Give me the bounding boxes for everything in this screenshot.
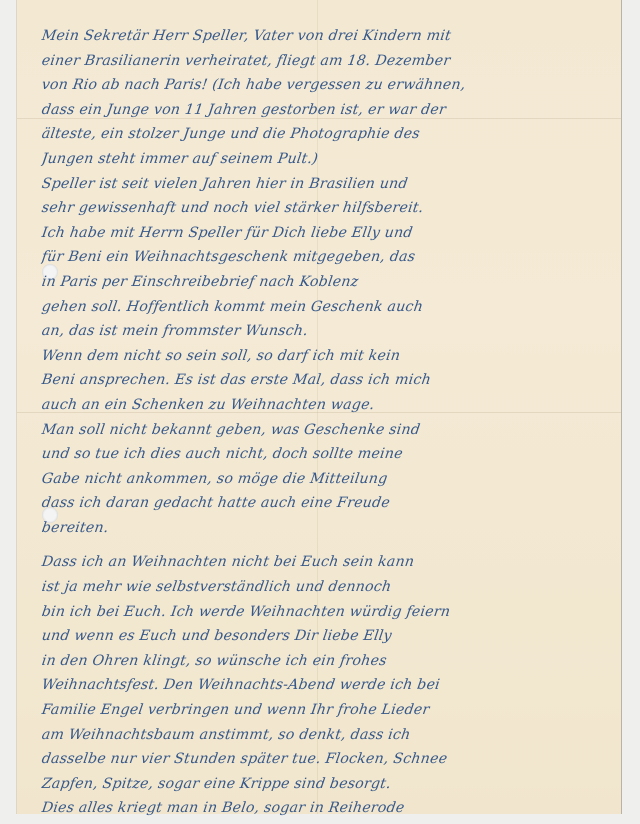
letter-line: Jungen steht immer auf seinem Pult.) [40,147,603,172]
letter-line: Zapfen, Spitze, sogar eine Krippe sind b… [40,772,603,797]
letter-line: bereiten. [40,516,603,541]
letter-line: Weihnachtsfest. Den Weihnachts-Abend wer… [40,673,603,698]
handwritten-letter-body: Mein Sekretär Herr Speller, Vater von dr… [40,24,600,821]
letter-line: von Rio ab nach Paris! (Ich habe vergess… [40,73,603,98]
letter-line: Mein Sekretär Herr Speller, Vater von dr… [40,24,603,49]
letter-line: älteste, ein stolzer Junge und die Photo… [40,122,603,147]
letter-line: Man soll nicht bekannt geben, was Gesche… [40,418,603,443]
letter-line: Wenn dem nicht so sein soll, so darf ich… [40,344,603,369]
letter-line: in den Ohren klingt, so wünsche ich ein … [40,649,603,674]
letter-line: dass ein Junge von 11 Jahren gestorben i… [40,98,603,123]
letter-line: und so tue ich dies auch nicht, doch sol… [40,442,603,467]
letter-line: am Weihnachtsbaum anstimmt, so denkt, da… [40,723,603,748]
letter-line: Ich habe mit Herrn Speller für Dich lieb… [40,221,603,246]
letter-line: und wenn es Euch und besonders Dir liebe… [40,624,603,649]
letter-line: dasselbe nur vier Stunden später tue. Fl… [40,747,603,772]
letter-line: Beni ansprechen. Es ist das erste Mal, d… [40,368,603,393]
letter-line: Dies alles kriegt man in Belo, sogar in … [40,796,603,821]
letter-line: sehr gewissenhaft und noch viel stärker … [40,196,603,221]
letter-line: Speller ist seit vielen Jahren hier in B… [40,172,603,197]
letter-line: in Paris per Einschreibebrief nach Koble… [40,270,603,295]
letter-line: Dass ich an Weihnachten nicht bei Euch s… [40,550,603,575]
letter-line: Familie Engel verbringen und wenn Ihr fr… [40,698,603,723]
letter-line: dass ich daran gedacht hatte auch eine F… [40,491,603,516]
letter-line: für Beni ein Weihnachtsgeschenk mitgegeb… [40,245,603,270]
letter-line: an, das ist mein frommster Wunsch. [40,319,603,344]
letter-line: bin ich bei Euch. Ich werde Weihnachten … [40,600,603,625]
letter-line: einer Brasilianerin verheiratet, fliegt … [40,49,603,74]
letter-line: ist ja mehr wie selbstverständlich und d… [40,575,603,600]
letter-line: Gabe nicht ankommen, so möge die Mitteil… [40,467,603,492]
letter-line: auch an ein Schenken zu Weihnachten wage… [40,393,603,418]
letter-line: gehen soll. Hoffentlich kommt mein Gesch… [40,295,603,320]
